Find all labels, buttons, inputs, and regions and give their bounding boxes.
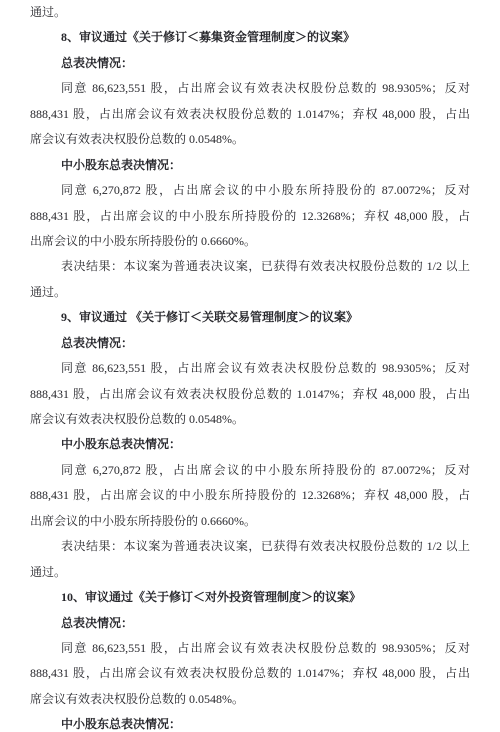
document-page: 通过。8、审议通过《关于修订＜募集资金管理制度＞的议案》总表决情况：同意 86,… bbox=[0, 0, 500, 732]
text-line: 8、审议通过《关于修订＜募集资金管理制度＞的议案》 bbox=[30, 25, 470, 50]
text-line: 同意 86,623,551 股，占出席会议有效表决权股份总数的 98.9305%… bbox=[30, 76, 470, 101]
text-line: 出席会议的中小股东所持股份的 0.6660%。 bbox=[30, 509, 470, 534]
text-line: 中小股东总表决情况： bbox=[30, 712, 470, 732]
text-line: 888,431 股，占出席会议的中小股东所持股份的 12.3268%；弃权 48… bbox=[30, 204, 470, 229]
text-line: 总表决情况： bbox=[30, 51, 470, 76]
text-line: 出席会议的中小股东所持股份的 0.6660%。 bbox=[30, 229, 470, 254]
text-line: 同意 86,623,551 股，占出席会议有效表决权股份总数的 98.9305%… bbox=[30, 636, 470, 661]
text-line: 888,431 股，占出席会议有效表决权股份总数的 1.0147%；弃权 48,… bbox=[30, 102, 470, 127]
text-line: 中小股东总表决情况： bbox=[30, 153, 470, 178]
text-line: 席会议有效表决权股份总数的 0.0548%。 bbox=[30, 127, 470, 152]
text-line: 中小股东总表决情况： bbox=[30, 432, 470, 457]
text-line: 888,431 股，占出席会议的中小股东所持股份的 12.3268%；弃权 48… bbox=[30, 483, 470, 508]
text-line: 同意 86,623,551 股，占出席会议有效表决权股份总数的 98.9305%… bbox=[30, 356, 470, 381]
text-line: 9、审议通过 《关于修订＜关联交易管理制度＞的议案》 bbox=[30, 305, 470, 330]
text-line: 888,431 股，占出席会议有效表决权股份总数的 1.0147%；弃权 48,… bbox=[30, 661, 470, 686]
text-line: 同意 6,270,872 股，占出席会议的中小股东所持股份的 87.0072%；… bbox=[30, 458, 470, 483]
text-line: 888,431 股，占出席会议有效表决权股份总数的 1.0147%；弃权 48,… bbox=[30, 382, 470, 407]
text-line: 总表决情况： bbox=[30, 611, 470, 636]
text-line: 席会议有效表决权股份总数的 0.0548%。 bbox=[30, 687, 470, 712]
text-line: 通过。 bbox=[30, 560, 470, 585]
text-line: 通过。 bbox=[30, 0, 470, 25]
text-line: 10、审议通过《关于修订＜对外投资管理制度＞的议案》 bbox=[30, 585, 470, 610]
text-line: 总表决情况： bbox=[30, 331, 470, 356]
text-line: 席会议有效表决权股份总数的 0.0548%。 bbox=[30, 407, 470, 432]
text-line: 通过。 bbox=[30, 280, 470, 305]
text-line: 表决结果：本议案为普通表决议案，已获得有效表决权股份总数的 1/2 以上 bbox=[30, 254, 470, 279]
text-line: 同意 6,270,872 股，占出席会议的中小股东所持股份的 87.0072%；… bbox=[30, 178, 470, 203]
text-line: 表决结果：本议案为普通表决议案，已获得有效表决权股份总数的 1/2 以上 bbox=[30, 534, 470, 559]
